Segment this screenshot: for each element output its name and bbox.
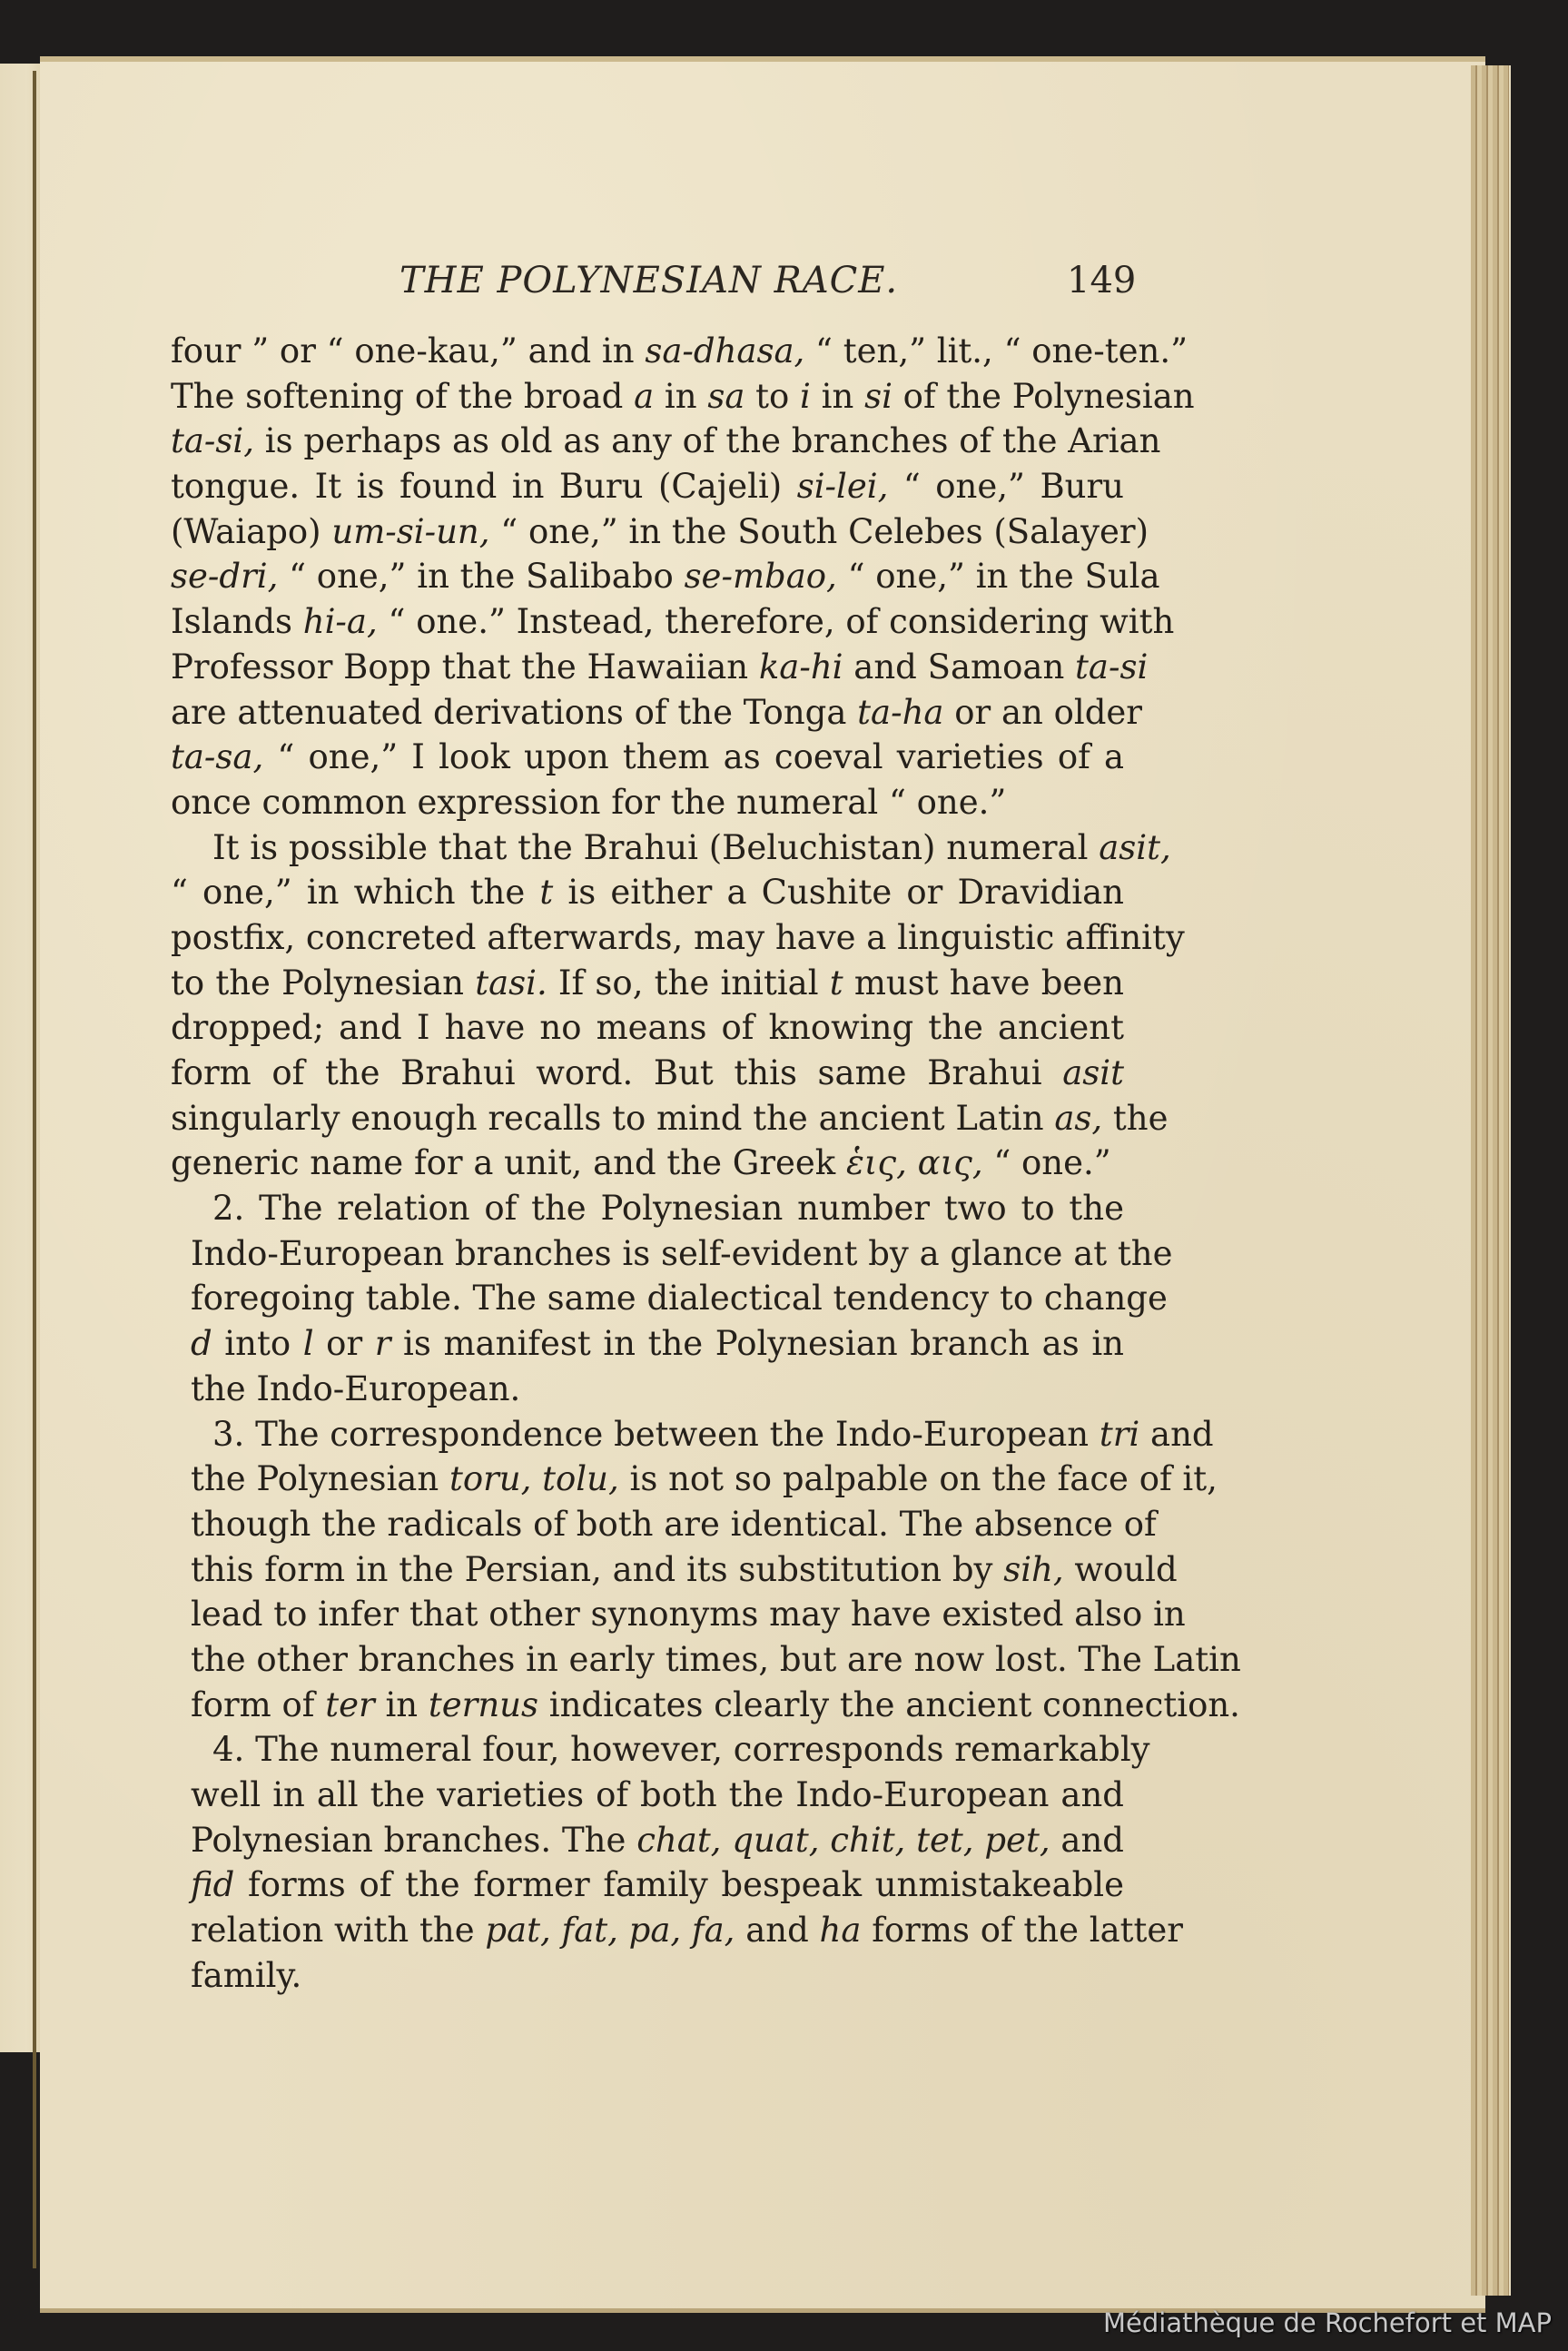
text-run: (Waiapo) — [171, 512, 331, 551]
text-run: would — [1064, 1550, 1178, 1589]
page-number: 149 — [1067, 260, 1136, 301]
text-line: (Waiapo) um-si-un, “ one,” in the South … — [171, 509, 1124, 555]
text-line: Islands hi-a, “ one.” Instead, therefore… — [171, 599, 1124, 645]
text-run: 4. The numeral four, however, correspond… — [212, 1730, 1150, 1769]
italic-term: asit, — [1099, 828, 1171, 867]
page-stack-edges — [1471, 65, 1511, 2296]
italic-term: as, — [1054, 1099, 1102, 1138]
text-run: is either a Cushite or Dravidian — [553, 873, 1124, 912]
text-line: lead to infer that other synonyms may ha… — [171, 1592, 1124, 1637]
text-run: The softening of the broad — [171, 377, 634, 416]
text-line: fid forms of the former family bespeak u… — [171, 1862, 1124, 1908]
text-run: the other branches in early times, but a… — [191, 1640, 1241, 1679]
text-run: Indo-European branches is self-evident b… — [191, 1234, 1173, 1273]
text-line: generic name for a unit, and the Greek ἑ… — [171, 1141, 1124, 1186]
text-run: “ one,” in which the — [171, 873, 539, 912]
italic-term: ter — [325, 1685, 374, 1724]
text-run: forms of the latter — [861, 1911, 1183, 1950]
text-run: “ one.” Instead, therefore, of consideri… — [378, 602, 1175, 641]
text-run: in — [811, 377, 864, 416]
italic-term: t — [830, 963, 843, 1003]
text-run: and Samoan — [843, 647, 1076, 687]
text-line: well in all the varieties of both the In… — [171, 1773, 1124, 1818]
text-line: once common expression for the numeral “… — [171, 780, 1124, 825]
text-run: Polynesian branches. The — [191, 1821, 636, 1860]
text-run: are attenuated derivations of the Tonga — [171, 693, 857, 732]
text-run: tongue. It is found in Buru (Cajeli) — [171, 467, 797, 506]
text-run: indicates clearly the ancient connection… — [538, 1685, 1240, 1724]
text-run: Islands — [171, 602, 303, 641]
text-run: “ ten,” lit., “ one-ten.” — [804, 331, 1188, 370]
text-line: tongue. It is found in Buru (Cajeli) si-… — [171, 464, 1124, 509]
text-run: 2. The relation of the Polynesian number… — [212, 1189, 1124, 1228]
italic-term: si — [864, 377, 892, 416]
text-line: the Indo-European. — [171, 1367, 1124, 1412]
italic-term: ta-ha — [857, 693, 943, 732]
text-run: If so, the initial — [547, 963, 830, 1003]
italic-term: asit — [1062, 1053, 1124, 1092]
text-run: “ one,” I look upon them as coeval varie… — [263, 737, 1124, 776]
text-line: are attenuated derivations of the Tonga … — [171, 690, 1124, 736]
italic-term: sa — [707, 377, 745, 416]
text-run — [907, 1143, 918, 1182]
text-run: to — [745, 377, 800, 416]
text-run: foregoing table. The same dialectical te… — [191, 1279, 1168, 1318]
italic-term: tri — [1100, 1415, 1139, 1454]
text-run: this form in the Persian, and its substi… — [191, 1550, 1003, 1589]
italic-term: sih, — [1003, 1550, 1063, 1589]
text-line: form of the Brahui word. But this same B… — [171, 1051, 1124, 1096]
italic-term: t — [539, 873, 553, 912]
text-line: “ one,” in which the t is either a Cushi… — [171, 870, 1124, 915]
italic-term: hi-a, — [303, 602, 378, 641]
text-run: relation with the — [191, 1911, 485, 1950]
text-run: family. — [191, 1956, 301, 1995]
text-run: singularly enough recalls to mind the an… — [171, 1099, 1054, 1138]
text-run: It is possible that the Brahui (Beluchis… — [212, 828, 1099, 867]
text-line: It is possible that the Brahui (Beluchis… — [171, 825, 1124, 871]
text-run: form of the Brahui word. But this same B… — [171, 1053, 1062, 1092]
text-line: to the Polynesian tasi. If so, the initi… — [171, 961, 1124, 1006]
italic-term: ha — [820, 1911, 862, 1950]
italic-term: ta-sa, — [171, 737, 263, 776]
text-run: 3. The correspondence between the Indo-E… — [212, 1415, 1100, 1454]
text-line: though the radicals of both are identica… — [171, 1502, 1124, 1547]
running-header: THE POLYNESIAN RACE. 149 — [0, 260, 1568, 314]
text-line: se-dri, “ one,” in the Salibabo se-mbao,… — [171, 554, 1124, 599]
text-run: “ one,” in the Sula — [837, 557, 1160, 596]
text-run: well in all the varieties of both the In… — [191, 1775, 1124, 1814]
italic-term: se-dri, — [171, 557, 278, 596]
italic-term: ternus — [429, 1685, 538, 1724]
text-line: the other branches in early times, but a… — [171, 1637, 1124, 1683]
running-title: THE POLYNESIAN RACE. — [399, 260, 898, 301]
text-line: 4. The numeral four, however, correspond… — [171, 1727, 1124, 1773]
text-line: dropped; and I have no means of knowing … — [171, 1005, 1124, 1051]
italic-term: um-si-un, — [331, 512, 489, 551]
text-line: ta-sa, “ one,” I look upon them as coeva… — [171, 735, 1124, 780]
text-run: four ” or “ one-kau,” and in — [171, 331, 645, 370]
italic-term: sa-dhasa, — [645, 331, 804, 370]
body-text: four ” or “ one-kau,” and in sa-dhasa, “… — [171, 329, 1124, 1998]
text-run: though the radicals of both are identica… — [191, 1505, 1157, 1544]
text-run: must have been — [843, 963, 1124, 1003]
text-line: form of ter in ternus indicates clearly … — [171, 1683, 1124, 1728]
italic-term: l — [303, 1324, 314, 1363]
text-line: d into l or r is manifest in the Polynes… — [171, 1321, 1124, 1367]
text-run: “ one,” in the South Celebes (Salayer) — [490, 512, 1149, 551]
text-line: The softening of the broad a in sa to i … — [171, 374, 1124, 420]
text-run: the Indo-European. — [191, 1369, 520, 1408]
library-watermark: Médiathèque de Rochefort et MAP — [1103, 2307, 1552, 2338]
book-gutter — [33, 71, 36, 2268]
text-line: four ” or “ one-kau,” and in sa-dhasa, “… — [171, 329, 1124, 374]
text-run: of the Polynesian — [892, 377, 1195, 416]
text-line: foregoing table. The same dialectical te… — [171, 1276, 1124, 1321]
text-line: ta-si, is perhaps as old as any of the b… — [171, 419, 1124, 464]
italic-term: se-mbao, — [685, 557, 837, 596]
text-run: and — [735, 1911, 819, 1950]
text-line: the Polynesian toru, tolu, is not so pal… — [171, 1457, 1124, 1502]
italic-term: r — [375, 1324, 391, 1363]
text-run: is not so palpable on the face of it, — [619, 1459, 1218, 1498]
text-line: 2. The relation of the Polynesian number… — [171, 1186, 1124, 1231]
text-line: this form in the Persian, and its substi… — [171, 1547, 1124, 1593]
italic-term: tasi. — [475, 963, 547, 1003]
italic-term: i — [800, 377, 811, 416]
text-run: “ one,” Buru — [888, 467, 1124, 506]
text-run: to the Polynesian — [171, 963, 475, 1003]
text-run: and — [1050, 1821, 1124, 1860]
text-line: family. — [171, 1953, 1124, 1999]
italic-term: pat, fat, pa, fa, — [485, 1911, 735, 1950]
text-line: Indo-European branches is self-evident b… — [171, 1231, 1124, 1277]
italic-term: a — [634, 377, 654, 416]
text-run: Professor Bopp that the Hawaiian — [171, 647, 759, 687]
italic-term: ka-hi — [759, 647, 843, 687]
text-run: is manifest in the Polynesian branch as … — [390, 1324, 1124, 1363]
text-run: the — [1102, 1099, 1168, 1138]
text-run: lead to infer that other synonyms may ha… — [191, 1595, 1186, 1634]
text-line: postfix, concreted afterwards, may have … — [171, 915, 1124, 961]
text-line: 3. The correspondence between the Indo-E… — [171, 1412, 1124, 1457]
italic-term: chat, quat, chit, tet, pet, — [636, 1821, 1050, 1860]
italic-term: αις, — [918, 1143, 983, 1182]
text-run: once common expression for the numeral “… — [171, 783, 1006, 822]
text-run: in — [375, 1685, 429, 1724]
text-line: Polynesian branches. The chat, quat, chi… — [171, 1818, 1124, 1863]
italic-term: d — [191, 1324, 212, 1363]
text-line: relation with the pat, fat, pa, fa, and … — [171, 1908, 1124, 1953]
text-run: and — [1139, 1415, 1213, 1454]
text-run: is perhaps as old as any of the branches… — [254, 421, 1160, 460]
text-run: form of — [191, 1685, 325, 1724]
italic-term: ἑις, — [846, 1143, 907, 1182]
text-run: dropped; and I have no means of knowing … — [171, 1008, 1124, 1047]
italic-term: si-lei, — [797, 467, 889, 506]
text-line: singularly enough recalls to mind the an… — [171, 1096, 1124, 1141]
text-run: in — [654, 377, 707, 416]
text-run: “ one,” in the Salibabo — [278, 557, 684, 596]
text-run: forms of the former family bespeak unmis… — [234, 1865, 1124, 1904]
italic-term: ta-si — [1075, 647, 1148, 687]
text-run: postfix, concreted afterwards, may have … — [171, 918, 1185, 957]
italic-term: fid — [191, 1865, 234, 1904]
text-run: “ one.” — [983, 1143, 1111, 1182]
text-run: the Polynesian — [191, 1459, 449, 1498]
italic-term: toru, tolu, — [449, 1459, 619, 1498]
italic-term: ta-si, — [171, 421, 254, 460]
text-run: or an older — [943, 693, 1142, 732]
text-line: Professor Bopp that the Hawaiian ka-hi a… — [171, 645, 1124, 690]
text-run: or — [314, 1324, 375, 1363]
text-run: into — [212, 1324, 303, 1363]
text-run: generic name for a unit, and the Greek — [171, 1143, 846, 1182]
